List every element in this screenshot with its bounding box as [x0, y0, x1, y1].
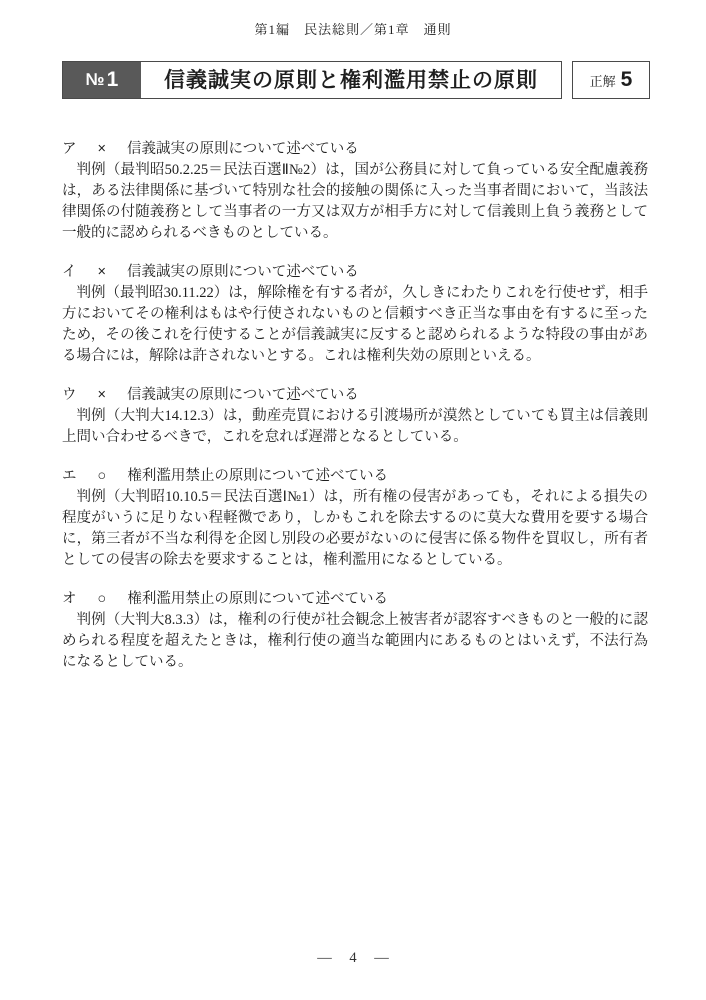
correct-answer-box: 正解 5 — [572, 61, 650, 99]
footer-dash-right: — — [374, 950, 389, 966]
book-page: 第1編 民法総則／第1章 通則 № 1 信義誠実の原則と権利濫用禁止の原則 正解… — [0, 0, 706, 673]
explanation-body: 判例（最判昭50.2.25＝民法百選Ⅱ№2）は，国が公務員に対して負っている安全… — [62, 160, 648, 244]
question-title: 信義誠実の原則と権利濫用禁止の原則 — [141, 70, 561, 91]
explanation-body: 判例（大判昭10.10.5＝民法百選Ⅰ№1）は，所有権の侵害があっても，それによ… — [62, 487, 648, 571]
explanation-heading-text: 権利濫用禁止の原則について述べている — [127, 468, 388, 484]
explanation-section: エ ○ 権利濫用禁止の原則について述べている 判例（大判昭10.10.5＝民法百… — [62, 466, 648, 571]
correctness-mark: × — [98, 141, 106, 157]
numero-sign: № — [86, 70, 105, 90]
question-title-box: № 1 信義誠実の原則と権利濫用禁止の原則 — [62, 61, 562, 99]
explanation-heading: オ ○ 権利濫用禁止の原則について述べている — [62, 589, 648, 610]
question-number-badge: № 1 — [63, 62, 141, 98]
correctness-mark: ○ — [98, 591, 107, 607]
explanation-section: イ × 信義誠実の原則について述べている 判例（最判昭30.11.22）は，解除… — [62, 262, 648, 367]
option-letter: エ — [62, 468, 77, 484]
correct-answer-value: 5 — [621, 68, 633, 92]
correct-answer-label: 正解 — [590, 71, 616, 90]
explanation-heading: ア × 信義誠実の原則について述べている — [62, 139, 648, 160]
explanation-heading-text: 信義誠実の原則について述べている — [127, 141, 359, 157]
explanation-body: 判例（大判大14.12.3）は，動産売買における引渡場所が漠然としていても買主は… — [62, 406, 648, 448]
running-head: 第1編 民法総則／第1章 通則 — [0, 0, 706, 38]
explanation-heading-text: 権利濫用禁止の原則について述べている — [127, 591, 388, 607]
option-letter: ア — [62, 141, 77, 157]
question-number: 1 — [107, 68, 119, 92]
option-letter: ウ — [62, 387, 77, 403]
correctness-mark: ○ — [98, 468, 107, 484]
page-number: 4 — [349, 950, 356, 966]
explanation-heading: ウ × 信義誠実の原則について述べている — [62, 385, 648, 406]
correctness-mark: × — [98, 264, 106, 280]
correctness-mark: × — [98, 387, 106, 403]
option-letter: イ — [62, 264, 77, 280]
explanation-section: ア × 信義誠実の原則について述べている 判例（最判昭50.2.25＝民法百選Ⅱ… — [62, 139, 648, 244]
footer-dash-left: — — [317, 950, 332, 966]
option-letter: オ — [62, 591, 77, 607]
explanation-heading-text: 信義誠実の原則について述べている — [127, 264, 359, 280]
explanation-body: 判例（最判昭30.11.22）は，解除権を有する者が，久しきにわたりこれを行使せ… — [62, 283, 648, 367]
explanation-section: ウ × 信義誠実の原則について述べている 判例（大判大14.12.3）は，動産売… — [62, 385, 648, 448]
question-title-bar: № 1 信義誠実の原則と権利濫用禁止の原則 正解 5 — [62, 61, 650, 99]
explanation-heading: イ × 信義誠実の原則について述べている — [62, 262, 648, 283]
explanation-list: ア × 信義誠実の原則について述べている 判例（最判昭50.2.25＝民法百選Ⅱ… — [62, 139, 648, 673]
explanation-section: オ ○ 権利濫用禁止の原則について述べている 判例（大判大8.3.3）は，権利の… — [62, 589, 648, 673]
explanation-heading-text: 信義誠実の原則について述べている — [127, 387, 359, 403]
page-footer: — 4 — — [0, 950, 706, 967]
explanation-body: 判例（大判大8.3.3）は，権利の行使が社会観念上被害者が認容すべきものと一般的… — [62, 610, 648, 673]
explanation-heading: エ ○ 権利濫用禁止の原則について述べている — [62, 466, 648, 487]
